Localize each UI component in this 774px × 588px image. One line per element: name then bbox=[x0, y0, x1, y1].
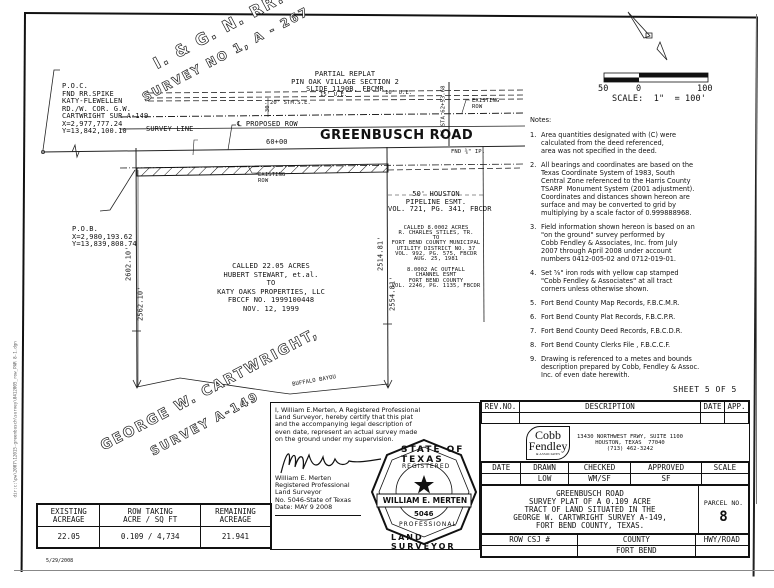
app-header: APP. bbox=[725, 402, 749, 413]
hwy-header: HWY/ROAD bbox=[695, 535, 748, 546]
existing-acreage-value: 22.05 bbox=[38, 527, 100, 548]
county-value: FORT BEND bbox=[578, 546, 696, 557]
adjacent-tract-label: CALLED 8.0002 ACRESR. CHARLES STILES, TR… bbox=[388, 215, 484, 294]
sign-date-value bbox=[482, 474, 521, 485]
print-date: 5/29/2008 bbox=[46, 558, 73, 564]
scale-tick-0: 0 bbox=[636, 86, 641, 94]
sign-drawn-header: DRAWN bbox=[521, 463, 568, 474]
row-taking-value: 0.109 / 4,734 bbox=[100, 527, 200, 548]
signer-info: William E. Merten Registered Professiona… bbox=[275, 475, 351, 511]
dim-left-inner: 2562.10' bbox=[138, 286, 146, 321]
surveyor-certification: I, William E.Merten, A Registered Profes… bbox=[270, 402, 480, 550]
drawing-title: GREENBUSCH ROAD SURVEY PLAT OF A 0.109 A… bbox=[482, 486, 699, 534]
seal-name-text: WILLIAM E. MERTEN bbox=[379, 496, 471, 505]
note-item: 5.Fort Bend County Map Records, F.B.C.M.… bbox=[530, 299, 750, 307]
scale-tick-100: 100 bbox=[697, 86, 713, 94]
note-item: 2.All bearings and coordinates are based… bbox=[530, 161, 750, 217]
seal-registered-text: REGISTERED bbox=[402, 463, 450, 470]
sign-scale-header: SCALE bbox=[701, 463, 748, 474]
note-item: 4.Set ⅝" iron rods with yellow cap stamp… bbox=[530, 269, 750, 293]
station-label: 60+00 bbox=[266, 139, 288, 147]
note-item: 1.Area quantities designated with (C) we… bbox=[530, 131, 750, 155]
title-block: REV.NO. DESCRIPTION DATE APP. Cobb Fendl… bbox=[480, 400, 750, 558]
existing-row-label-right: EXISTING ROW bbox=[472, 98, 502, 110]
road-width-label: 30' bbox=[265, 102, 271, 112]
north-arrow-icon bbox=[628, 12, 667, 60]
acreage-table: EXISTING ACREAGE ROW TAKING ACRE / SQ FT… bbox=[36, 503, 272, 549]
survey-line-label: SURVEY LINE bbox=[146, 126, 193, 134]
note-item: 6.Fort Bend County Plat Records, F.B.C.P… bbox=[530, 313, 750, 321]
existing-acreage-header: EXISTING ACREAGE bbox=[38, 505, 100, 527]
pc-station-label: PC STA 62+53.68 bbox=[441, 85, 447, 136]
rev-no-header: REV.NO. bbox=[482, 402, 520, 413]
remaining-acreage-header: REMAINING ACREAGE bbox=[200, 505, 270, 527]
county-header: COUNTY bbox=[578, 535, 696, 546]
easement-ue-label: 15' U.E. bbox=[320, 92, 347, 98]
surveyor-seal: STATE OF TEXAS REGISTERED WILLIAM E. MER… bbox=[369, 437, 479, 547]
company-address: 13430 NORTHWEST FRWY, SUITE 1100 HOUSTON… bbox=[577, 434, 683, 452]
easement-stm-label: 20' STM.S.E. bbox=[270, 100, 311, 106]
proposed-row-label: ℄ PROPOSED ROW bbox=[237, 121, 298, 129]
note-item: 3.Field information shown hereon is base… bbox=[530, 223, 750, 263]
hwy-value bbox=[695, 546, 748, 557]
sign-approved-header: APPROVED bbox=[631, 463, 701, 474]
scale-tick-50: 50 bbox=[598, 86, 608, 94]
note-item: 8.Fort Bend County Clerks File , F.B.C.C… bbox=[530, 341, 750, 349]
dim-right-outer: 2514.81' bbox=[378, 236, 386, 271]
parcel-cell: PARCEL NO. 8 bbox=[699, 486, 749, 534]
found-iron-pipe-label: FND ¾" IP. bbox=[451, 149, 485, 155]
parcel-number: 8 bbox=[701, 512, 746, 522]
poc-label: P.O.C.FND RR.SPIKEKATY-FLEWELLENRD./W. C… bbox=[62, 68, 148, 143]
seal-bottom-text: LAND SURVEYOR bbox=[391, 533, 479, 551]
signature-line bbox=[275, 515, 361, 516]
sign-scale-value bbox=[701, 474, 748, 485]
sign-drawn-value: LOW bbox=[521, 474, 568, 485]
company-logo: Cobb Fendley & ASSOCIATES bbox=[526, 426, 570, 460]
margin-file-path: dir:c:\pw\2007\12015-greenbusch\survey\0… bbox=[13, 248, 18, 498]
sign-approved-value: SF bbox=[631, 474, 701, 485]
easement-ue2-label: 16' U.E. bbox=[385, 90, 412, 96]
notes-section: Notes: 1.Area quantities designated with… bbox=[530, 116, 750, 385]
dim-left-outer: 2602.10' bbox=[126, 246, 134, 281]
description-header: DESCRIPTION bbox=[520, 402, 701, 413]
road-name: GREENBUSCH ROAD bbox=[320, 128, 473, 143]
company-block: Cobb Fendley & ASSOCIATES 13430 NORTHWES… bbox=[481, 424, 749, 462]
tract-label: CALLED 22.05 ACRESHUBERT STEWART, et.al.… bbox=[206, 245, 336, 322]
sign-date-header: DATE bbox=[482, 463, 521, 474]
scale-label: SCALE: 1" = 100' bbox=[612, 96, 706, 104]
existing-row-label: EXISTING ROW bbox=[258, 172, 286, 184]
sign-checked-value: WM/SF bbox=[568, 474, 631, 485]
date-header: DATE bbox=[701, 402, 725, 413]
seal-state-text: STATE OF TEXAS bbox=[401, 445, 479, 465]
row-csj-value bbox=[482, 546, 578, 557]
row-taking-header: ROW TAKING ACRE / SQ FT bbox=[100, 505, 200, 527]
sign-checked-header: CHECKED bbox=[568, 463, 631, 474]
seal-professional-text: PROFESSIONAL bbox=[399, 521, 457, 528]
notes-header: Notes: bbox=[530, 116, 750, 124]
row-csj-header: ROW CSJ # bbox=[482, 535, 578, 546]
remaining-acreage-value: 21.941 bbox=[200, 527, 270, 548]
seal-number-text: 5046 bbox=[414, 510, 433, 518]
scale-bar bbox=[604, 73, 708, 82]
sheet-number: SHEET 5 OF 5 bbox=[673, 385, 737, 394]
note-item: 7.Fort Bend County Deed Records, F.B.C.D… bbox=[530, 327, 750, 335]
note-item: 9.Drawing is referenced to a metes and b… bbox=[530, 355, 750, 379]
